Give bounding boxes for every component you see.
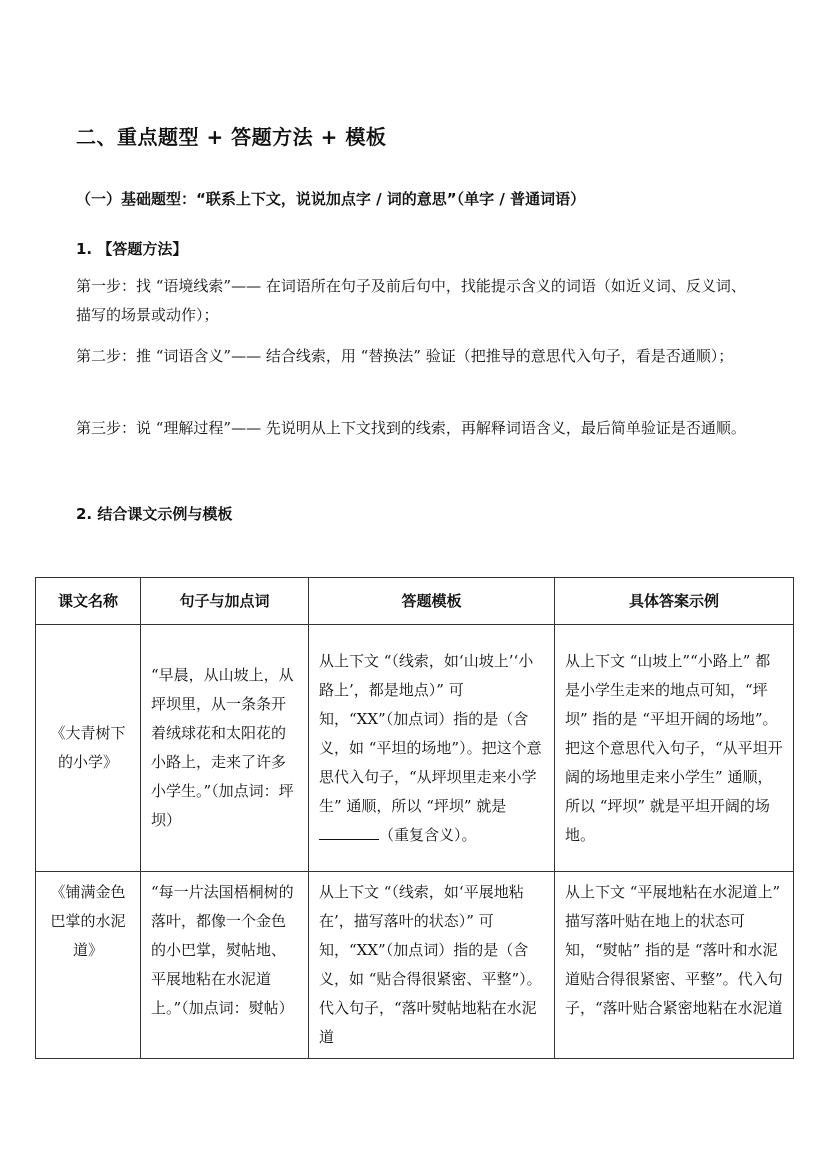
lesson-cell: 《铺满金色巴掌的水泥道》	[36, 872, 141, 1059]
header-template: 答题模板	[309, 578, 555, 625]
sentence-cell: “早晨，从山坡上，从坪坝里，从一条条开着绒球花和太阳花的小路上，走来了许多小学生…	[141, 625, 309, 872]
header-answer: 具体答案示例	[555, 578, 794, 625]
sentence-cell: “每一片法国梧桐树的落叶，都像一个金色的小巴掌，熨帖地、平展地粘在水泥道上。”（…	[141, 872, 309, 1059]
template-cell: 从上下文 “（线索，如‘山坡上’‘小路上’，都是地点）” 可知，“XX”（加点词…	[309, 625, 555, 872]
section-title: 二、重点题型 + 答题方法 + 模板	[76, 121, 386, 150]
template-text-end: （重复含义）。	[379, 826, 477, 844]
table-header-row: 课文名称 句子与加点词 答题模板 具体答案示例	[36, 578, 794, 625]
template-text: 从上下文 “（线索，如‘平展地粘在’，描写落叶的状态）” 可知，“XX”（加点词…	[319, 878, 544, 1052]
lesson-text: 《铺满金色巴掌的水泥道》	[46, 878, 130, 1052]
method-step-1: 第一步：找 “语境线索”—— 在词语所在句子及前后句中，找能提示含义的词语（如近…	[76, 272, 756, 330]
header-sentence: 句子与加点词	[141, 578, 309, 625]
examples-table: 课文名称 句子与加点词 答题模板 具体答案示例 《大青树下的小学》 “早晨，从山…	[35, 577, 794, 1059]
method-heading: 1. 【答题方法】	[76, 238, 187, 259]
answer-cell: 从上下文 “山坡上”“小路上” 都是小学生走来的地点可知，“坪坝” 指的是 “平…	[555, 625, 794, 872]
template-cell: 从上下文 “（线索，如‘平展地粘在’，描写落叶的状态）” 可知，“XX”（加点词…	[309, 872, 555, 1059]
sentence-text: “每一片法国梧桐树的落叶，都像一个金色的小巴掌，熨帖地、平展地粘在水泥道上。”（…	[151, 878, 298, 1052]
template-text: 从上下文 “（线索，如‘山坡上’‘小路上’，都是地点）” 可知，“XX”（加点词…	[319, 652, 542, 815]
answer-blank	[319, 824, 379, 840]
method-step-2: 第二步：推 “词语含义”—— 结合线索，用 “替换法” 验证（把推导的意思代入句…	[76, 342, 756, 371]
lesson-cell: 《大青树下的小学》	[36, 625, 141, 872]
header-lesson: 课文名称	[36, 578, 141, 625]
method-step-3: 第三步：说 “理解过程”—— 先说明从上下文找到的线索，再解释词语含义，最后简单…	[76, 414, 756, 443]
subsection-title: （一）基础题型：“联系上下文，说说加点字 / 词的意思”（单字 / 普通词语）	[76, 188, 585, 209]
examples-heading: 2. 结合课文示例与模板	[76, 503, 232, 524]
answer-cell: 从上下文 “平展地粘在水泥道上” 描写落叶贴在地上的状态可知，“熨帖” 指的是 …	[555, 872, 794, 1059]
answer-text: 从上下文 “平展地粘在水泥道上” 描写落叶贴在地上的状态可知，“熨帖” 指的是 …	[565, 878, 783, 1052]
table-row: 《大青树下的小学》 “早晨，从山坡上，从坪坝里，从一条条开着绒球花和太阳花的小路…	[36, 625, 794, 872]
table-row: 《铺满金色巴掌的水泥道》 “每一片法国梧桐树的落叶，都像一个金色的小巴掌，熨帖地…	[36, 872, 794, 1059]
